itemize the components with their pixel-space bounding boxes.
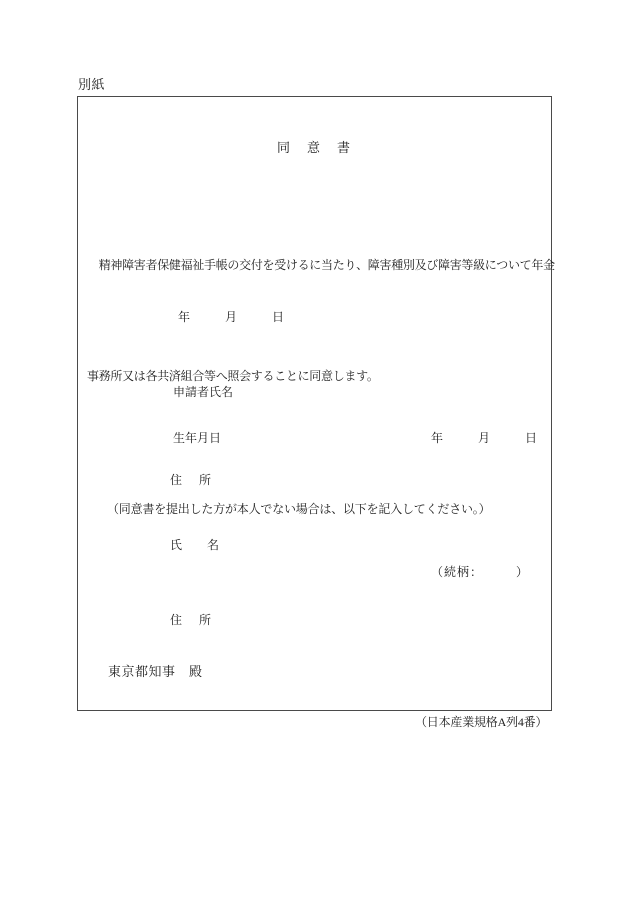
signature-date-row: 年 月 日	[178, 308, 284, 325]
applicant-name-row: 申請者氏名	[173, 383, 233, 400]
applicant-name-label: 申請者氏名	[173, 385, 233, 399]
form-title: 同 意 書	[78, 137, 551, 156]
date-month-label: 月	[225, 308, 237, 325]
proxy-address-label-char-2: 所	[199, 611, 211, 628]
birthdate-month-label: 月	[478, 429, 490, 446]
address-label-char-2: 所	[199, 471, 211, 488]
birthdate-year-label: 年	[431, 429, 443, 446]
address-label-char-1: 住	[170, 471, 182, 488]
consent-statement-line-1: 精神障害者保健福祉手帳の交付を受けるに当たり、障害種別及び障害等級について年金	[87, 247, 543, 284]
document-page: 別紙 同 意 書 精神障害者保健福祉手帳の交付を受けるに当たり、障害種別及び障害…	[0, 0, 630, 903]
addressee: 東京都知事 殿	[108, 661, 203, 680]
proxy-name-row: 氏 名	[170, 536, 219, 553]
paper-size-note: （日本産業規格A列4番）	[415, 713, 547, 730]
relationship-label: （続柄： ）	[431, 563, 529, 580]
proxy-address-row: 住 所	[170, 611, 211, 628]
proxy-address-label-char-1: 住	[170, 611, 182, 628]
proxy-name-label-char-2: 名	[207, 536, 219, 553]
proxy-name-label-char-1: 氏	[170, 536, 182, 553]
birthdate-units-group: 年 月 日	[431, 429, 537, 446]
birthdate-label: 生年月日	[173, 431, 221, 445]
birthdate-day-label: 日	[525, 429, 537, 446]
consent-statement: 精神障害者保健福祉手帳の交付を受けるに当たり、障害種別及び障害等級について年金 …	[87, 173, 543, 469]
consent-form-box: 同 意 書 精神障害者保健福祉手帳の交付を受けるに当たり、障害種別及び障害等級に…	[77, 96, 552, 711]
applicant-birthdate-row: 生年月日 年 月 日	[173, 429, 542, 446]
attachment-label: 別紙	[78, 74, 105, 93]
date-year-label: 年	[178, 308, 190, 325]
date-day-label: 日	[272, 308, 284, 325]
consent-statement-line-2: 事務所又は各共済組合等へ照会することに同意します。	[87, 358, 543, 395]
applicant-address-row: 住 所	[170, 471, 211, 488]
proxy-instruction: （同意書を提出した方が本人でない場合は、以下を記入してください。）	[107, 500, 490, 517]
